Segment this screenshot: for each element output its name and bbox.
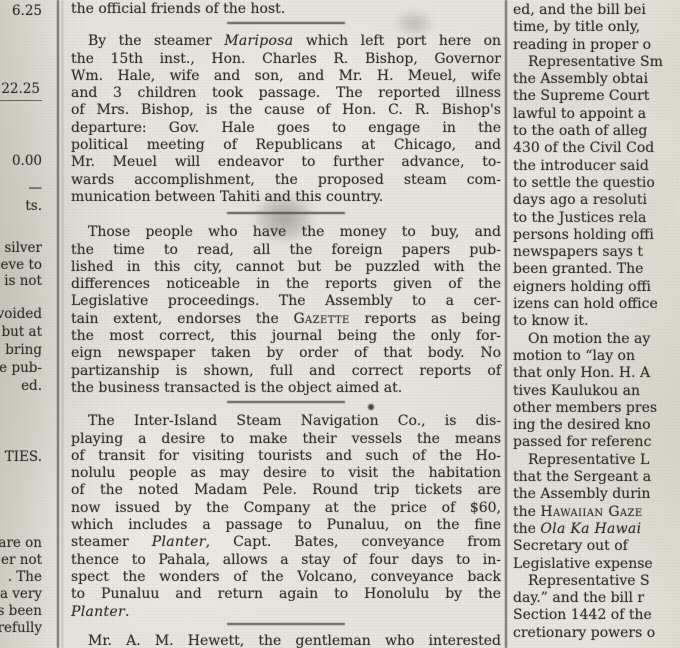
text-line: persons holding offi <box>513 227 680 244</box>
text-line: Representative Sm <box>513 54 680 71</box>
cutoff-text-fragment: eve to <box>1 258 42 273</box>
text-line: to Punaluu and return again to Honolulu … <box>71 586 501 603</box>
article-paragraph: By the steamer Mariposa which left port … <box>71 33 501 206</box>
cutoff-text-fragment: 0.00 <box>12 154 42 169</box>
article-end-line: the official friends of the host. <box>71 1 501 18</box>
text-line: the 15th inst., Hon. Charles R. Bishop, … <box>71 51 501 68</box>
text-line: political meeting of Republicans at Chic… <box>71 137 501 154</box>
text-line: 430 of the Civil Cod <box>513 140 680 157</box>
text-line: of transit for visiting tourists and suc… <box>71 448 501 465</box>
text-line: On motion the ay <box>513 331 680 348</box>
text-line: Wm. Hale, wife and son, and Mr. H. Meuel… <box>71 68 501 85</box>
text-line: munication between Tahiti and this count… <box>71 189 501 206</box>
text-line: the most correct, this journal being the… <box>71 328 501 345</box>
cutoff-text-fragment: but at <box>1 325 42 340</box>
cutoff-text-fragment: silver <box>4 241 42 256</box>
text-line: Those people who have the money to buy, … <box>71 224 501 241</box>
text-line: Legislative expense <box>513 556 680 573</box>
text-line: wards accomplishment, the proposed steam… <box>71 172 501 189</box>
column-divider-left <box>57 0 59 648</box>
cutoff-text-fragment: e pub- <box>0 361 42 376</box>
text-line: to settle the questio <box>513 175 680 192</box>
text-line: other members pres <box>513 400 680 417</box>
text-line: steamer Planter, Capt. Bates, conveyance… <box>71 534 501 551</box>
text-line: eigners holding offi <box>513 279 680 296</box>
text-line: Secretary out of <box>513 538 680 555</box>
text-line: departure: Gov. Hale goes to engage in t… <box>71 120 501 137</box>
text-line: the time to read, all the foreign papers… <box>71 242 501 259</box>
text-line: The Inter-Island Steam Navigation Co., i… <box>71 413 501 430</box>
text-line: the Assembly durin <box>513 486 680 503</box>
cutoff-text-fragment: a very <box>0 587 42 602</box>
cutoff-text-fragment: are on <box>0 536 42 551</box>
text-line: partizanship is shown, full and correct … <box>71 363 501 380</box>
text-line: the Ola Ka Hawai <box>513 521 680 538</box>
cutoff-text-fragment: ed. <box>21 379 42 394</box>
text-line: that only Hon. H. A <box>513 365 680 382</box>
text-line: passed for referenc <box>513 434 680 451</box>
text-line: differences noticeable in the reports gi… <box>71 276 501 293</box>
text-line: ed, and the bill bei <box>513 2 680 19</box>
text-line: the Assembly obtai <box>513 71 680 88</box>
text-line: lawful to appoint a <box>513 106 680 123</box>
separator-rule <box>227 212 345 214</box>
column-divider-left-shadow <box>62 0 63 648</box>
cutoff-text-fragment: bring <box>5 343 42 358</box>
cutoff-text-fragment: 6.25 <box>12 4 42 19</box>
cutoff-text-fragment: er not <box>1 553 42 568</box>
text-line: the business transacted is the object ai… <box>71 380 501 397</box>
cutoff-text-fragment: is not <box>4 274 42 289</box>
text-line: days ago a resoluti <box>513 192 680 209</box>
text-line: Section 1442 of the <box>513 607 680 624</box>
main-column: the official friends of the host. By the… <box>71 1 501 648</box>
text-line: been granted. The <box>513 261 680 278</box>
text-line: tives Kaulukou an <box>513 383 680 400</box>
text-line: day.” and the bill r <box>513 590 680 607</box>
article-paragraph: The Inter-Island Steam Navigation Co., i… <box>71 413 501 621</box>
cutoff-text-fragment: s been <box>0 604 42 619</box>
text-line: Mr. A. M. Hewett, the gentleman who inte… <box>71 633 501 648</box>
text-line: Mr. Meuel will endeavor to further advan… <box>71 154 501 171</box>
article-paragraph: Those people who have the money to buy, … <box>71 224 501 397</box>
text-line: that the Sergeant a <box>513 469 680 486</box>
cutoff-text-fragment: . The <box>8 570 42 585</box>
text-line: the Supreme Court <box>513 88 680 105</box>
cutoff-text-fragment: — <box>29 181 43 196</box>
left-column-fragments: 6.2522.250.00—ts.silvereve tois notvoide… <box>0 0 46 648</box>
text-line: thence to Pahala, allows a stay of four … <box>71 552 501 569</box>
text-line: playing a desire to make their vessels t… <box>71 431 501 448</box>
text-line: which includes a passage to Punaluu, on … <box>71 517 501 534</box>
text-line: time, by title only, <box>513 19 680 36</box>
text-line: motion to “lay on <box>513 348 680 365</box>
text-line: lished in this city, cannot but be puzzl… <box>71 259 501 276</box>
text-line: Representative S <box>513 573 680 590</box>
text-line: the Hawaiian Gaze <box>513 504 680 521</box>
text-line: ing the desired kno <box>513 417 680 434</box>
text-line: By the steamer Mariposa which left port … <box>71 33 501 50</box>
separator-rule <box>227 623 345 625</box>
text-line: reading in proper o <box>513 37 680 54</box>
text-line: to the oath of alleg <box>513 123 680 140</box>
text-line: izens can hold office <box>513 296 680 313</box>
text-line: Legislative proceedings. The Assembly to… <box>71 293 501 310</box>
text-line: of Mrs. Bishop, is the cause of Hon. C. … <box>71 102 501 119</box>
article-paragraph: Mr. A. M. Hewett, the gentleman who inte… <box>71 633 501 648</box>
newspaper-scan-page: 6.2522.250.00—ts.silvereve tois notvoide… <box>0 0 680 648</box>
column-divider-right <box>505 0 507 648</box>
text-line: to the Justices rela <box>513 210 680 227</box>
text-line: Planter. <box>71 604 501 621</box>
cutoff-text-fragment: ts. <box>25 199 42 214</box>
right-column: ed, and the bill beitime, by title only,… <box>513 2 680 642</box>
text-line: newspapers says t <box>513 244 680 261</box>
separator-rule <box>227 22 345 24</box>
cutoff-text-fragment: 22.25 <box>0 82 42 101</box>
text-line: tain extent, endorses the Gazette report… <box>71 311 501 328</box>
cutoff-text-fragment: refully <box>0 621 42 636</box>
text-line: nolulu people as may desire to visit the… <box>71 465 501 482</box>
text-line: spect the wonders of the Volcano, convey… <box>71 569 501 586</box>
text-line: and 3 children took passage. The reporte… <box>71 85 501 102</box>
cutoff-text-fragment: voided <box>0 307 42 322</box>
text-line: to know it. <box>513 313 680 330</box>
cutoff-text-fragment: TIES. <box>5 450 42 465</box>
text-line: of the noted Madam Pele. Round trip tick… <box>71 482 501 499</box>
text-line: now issued by the Company at the price o… <box>71 500 501 517</box>
text-line: Representative L <box>513 452 680 469</box>
text-line: cretionary powers o <box>513 625 680 642</box>
text-line: the introducer said <box>513 158 680 175</box>
text-line: eign newspaper taken by order of that bo… <box>71 345 501 362</box>
separator-rule <box>227 401 345 403</box>
